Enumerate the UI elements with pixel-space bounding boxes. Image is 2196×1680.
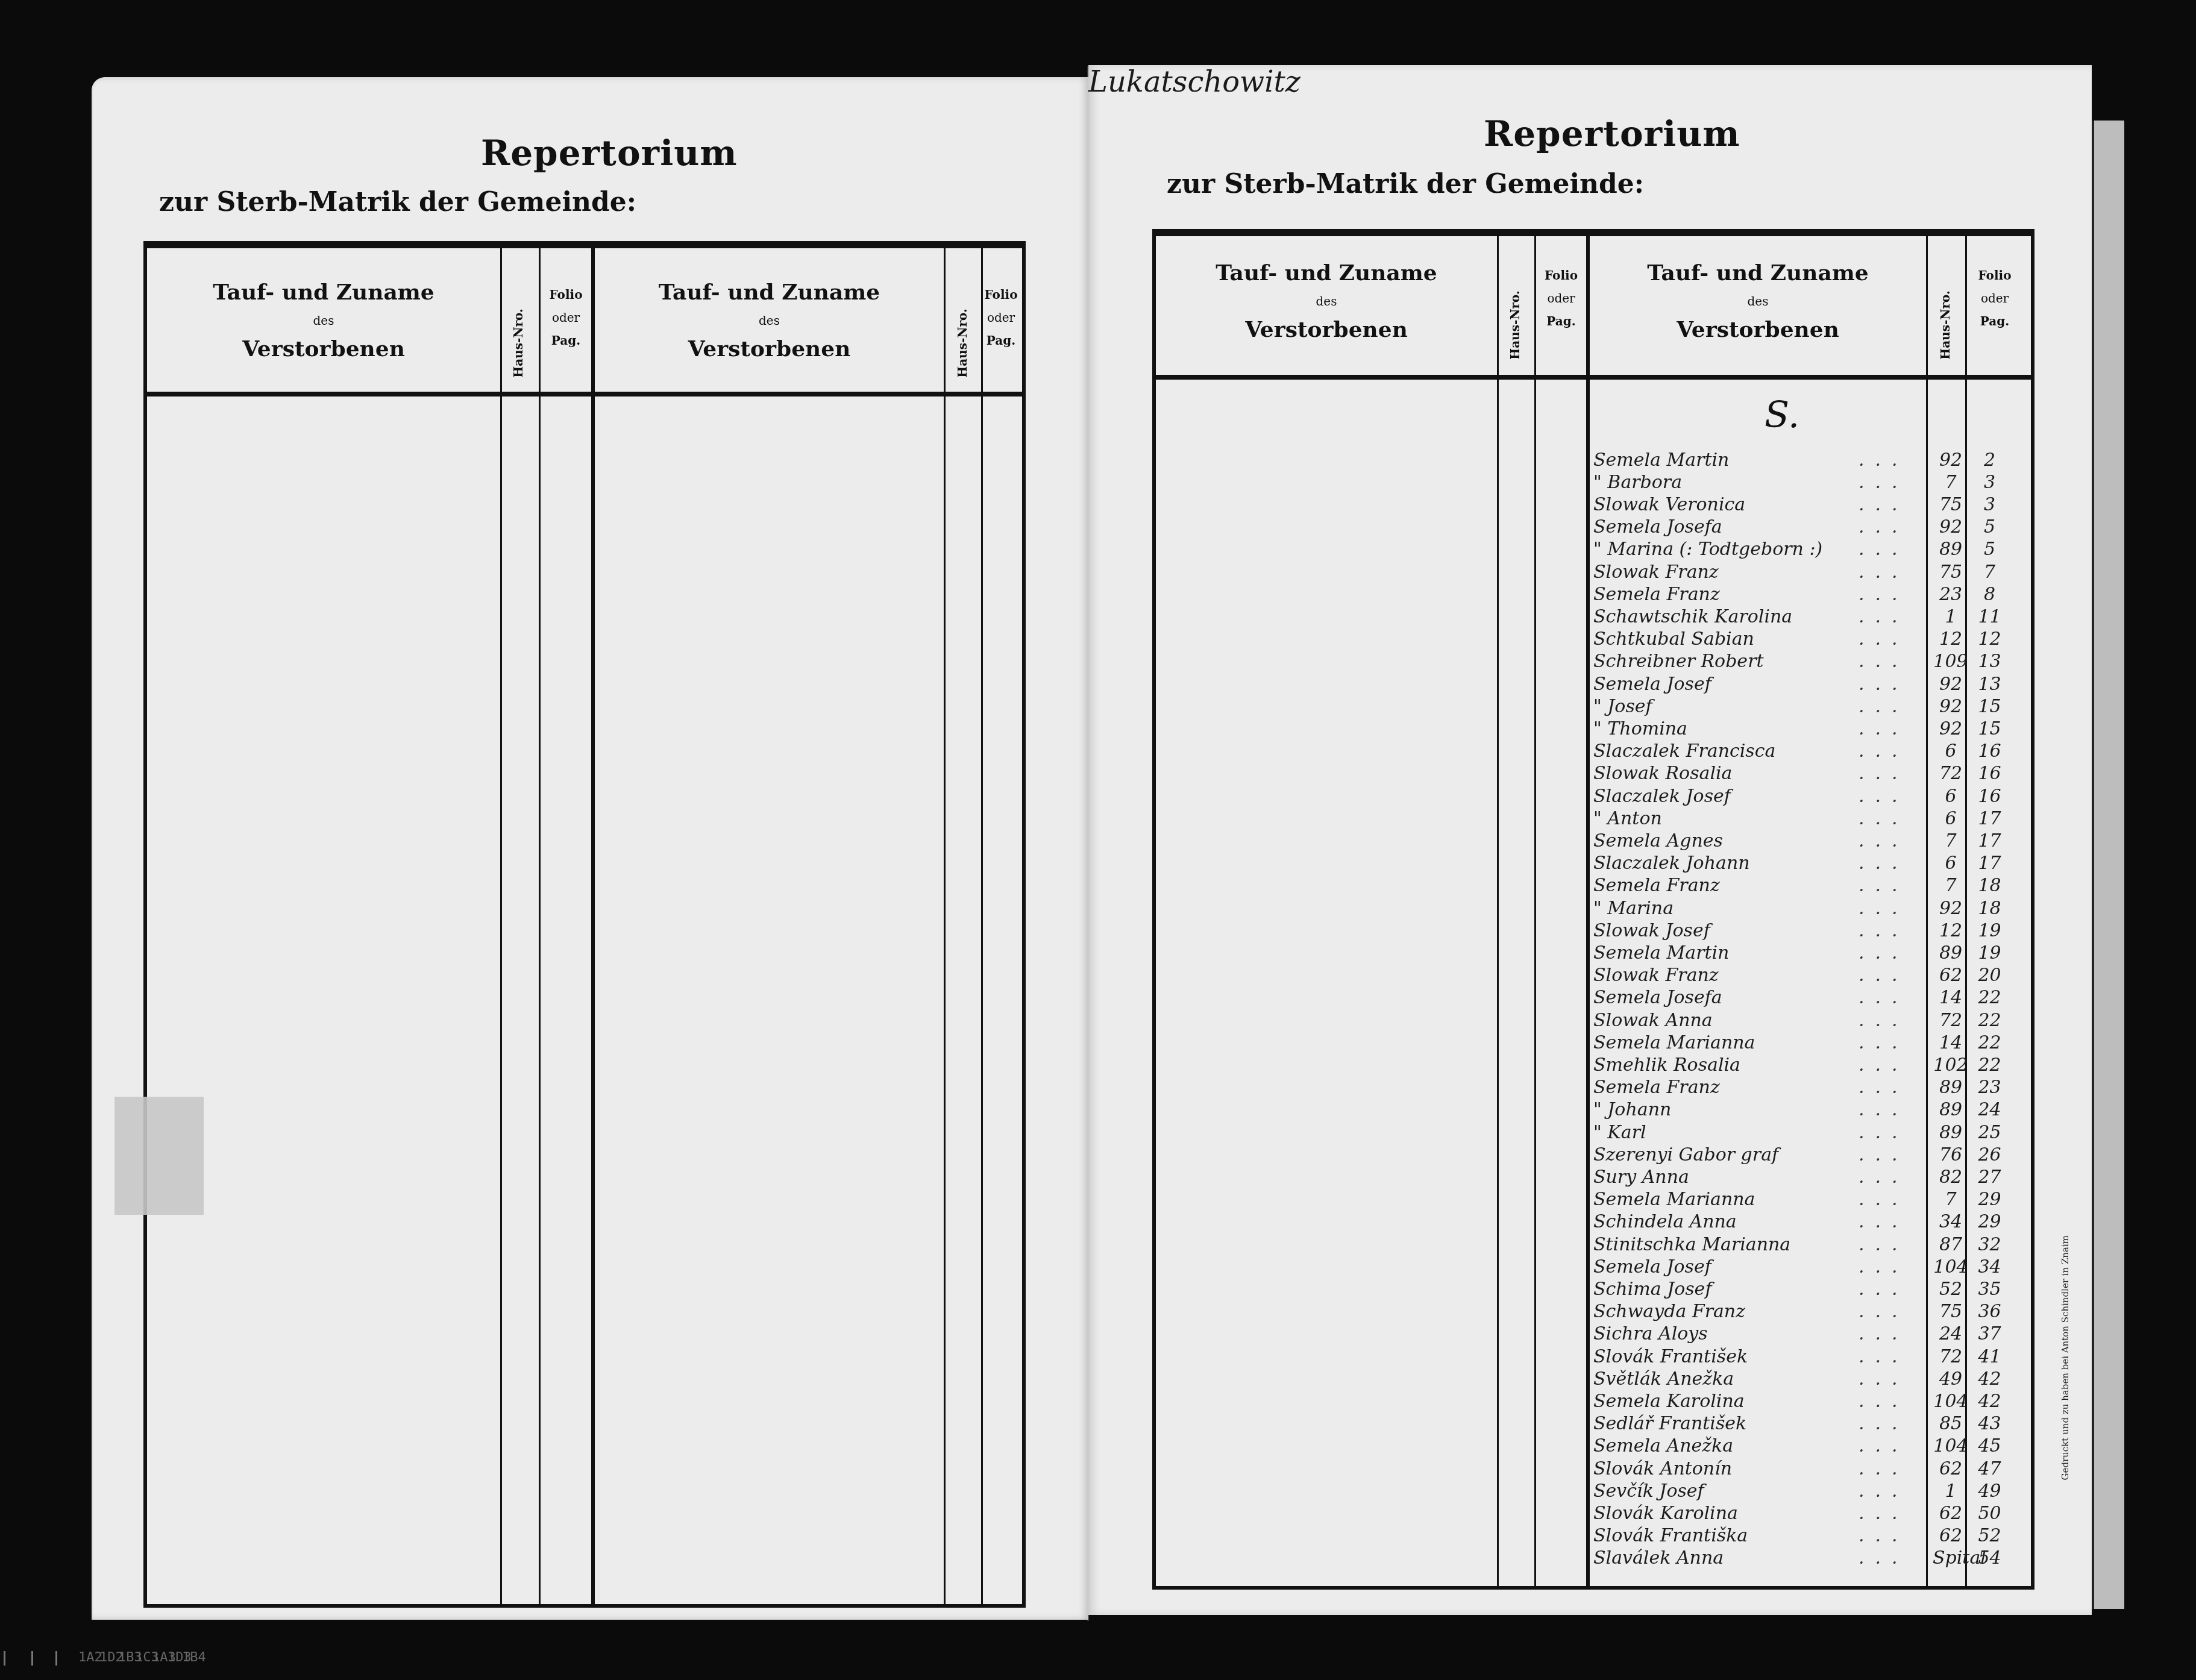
entry-name: Slowak Veronica [1593,494,1745,515]
entry-house-number: 89 [1933,942,1969,964]
leader-dots: ... [1859,1010,1909,1031]
entry-name: Semela Josefa [1593,987,1722,1008]
entry-name: Semela Anežka [1593,1435,1733,1456]
leader-dots: ... [1859,1122,1909,1143]
list-item: Slowak Anna...7222 [1593,1009,2015,1032]
entry-folio: 18 [1973,898,2006,919]
entry-folio: 29 [1973,1189,2006,1210]
list-item: Slovák Antonín...6247 [1593,1457,2015,1480]
list-item: Stinitschka Marianna...8732 [1593,1233,2015,1256]
entry-house-number: 92 [1933,718,1969,739]
ruler-label: 1A2 [78,1650,102,1665]
entry-house-number: 89 [1933,1099,1969,1120]
leader-dots: ... [1859,920,1909,941]
entry-folio: 50 [1973,1503,2006,1524]
list-item: " Johann...8924 [1593,1099,2015,1121]
entry-name: Schima Josef [1593,1279,1711,1300]
list-item: Semela Marianna...729 [1593,1188,2015,1211]
header-line: Verstorbenen [1156,317,1497,342]
entry-name: Semela Agnes [1593,830,1723,851]
entry-house-number: 92 [1933,450,1969,471]
entry-name: " Marina (: Todtgeborn :) [1593,539,1822,560]
folio-line: oder [983,306,1019,329]
entry-folio: 16 [1973,741,2006,762]
entry-house-number: 75 [1933,1301,1969,1322]
leader-dots: ... [1859,1481,1909,1502]
list-item: " Marina...9218 [1593,897,2015,920]
entry-folio: 29 [1973,1211,2006,1232]
name-column-header: Tauf- und Zuname des Verstorbenen [147,280,500,362]
entry-name: Semela Josef [1593,1256,1711,1277]
entry-name: " Anton [1593,808,1662,829]
entry-name: Semela Franz [1593,875,1720,896]
folio-line: Folio [1967,264,2022,287]
entry-name: Světlák Anežka [1593,1368,1734,1390]
leader-dots: ... [1859,1099,1909,1120]
entry-folio: 23 [1973,1077,2006,1098]
leader-dots: ... [1859,494,1909,515]
folio-line: oder [541,306,591,329]
list-item: Slaválek Anna...Spital54 [1593,1547,2015,1570]
left-page: Repertorium zur Sterb-Matrik der Gemeind… [92,77,1088,1620]
leader-dots: ... [1859,1279,1909,1300]
entry-name: Schtkubal Sabian [1593,628,1754,650]
leader-dots: ... [1859,696,1909,717]
entry-name: Sevčík Josef [1593,1481,1704,1502]
column-divider [591,248,595,1604]
entry-name: Schawtschik Karolina [1593,606,1792,627]
ruler-tick [4,1651,5,1666]
entry-folio: 12 [1973,628,2006,650]
entry-name: Stinitschka Marianna [1593,1234,1790,1255]
leader-dots: ... [1859,763,1909,784]
leader-dots: ... [1859,651,1909,672]
entry-name: Slaczalek Josef [1593,786,1731,807]
entry-folio: 54 [1973,1547,2006,1569]
entry-folio: 8 [1973,584,2006,605]
list-item: " Marina (: Todtgeborn :)...895 [1593,538,2015,561]
entry-name: Slowak Franz [1593,562,1719,583]
entry-house-number: 14 [1933,987,1969,1008]
list-item: Semela Franz...8923 [1593,1076,2015,1099]
entry-name: " Thomina [1593,718,1687,739]
house-number-header: Haus-Nro. [1508,290,1522,360]
list-item: Slaczalek Francisca...616 [1593,740,2015,763]
entry-house-number: 89 [1933,1077,1969,1098]
entry-house-number: 6 [1933,853,1969,874]
list-item: Sevčík Josef...149 [1593,1479,2015,1502]
entry-folio: 17 [1973,830,2006,851]
header-line: Tauf- und Zuname [147,280,500,305]
entry-house-number: 1 [1933,606,1969,627]
header-line: Tauf- und Zuname [1590,260,1926,286]
header-line: des [1156,294,1497,309]
entry-folio: 11 [1973,606,2006,627]
entry-house-number: 92 [1933,674,1969,695]
entry-folio: 27 [1973,1167,2006,1188]
entry-folio: 22 [1973,1055,2006,1076]
entry-folio: 18 [1973,875,2006,896]
leader-dots: ... [1859,1234,1909,1255]
entry-name: Slovák Karolina [1593,1503,1738,1524]
entry-house-number: 92 [1933,696,1969,717]
leader-dots: ... [1859,539,1909,560]
entry-name: Slowak Franz [1593,965,1719,986]
folio-line: Folio [983,283,1019,306]
ruler-tick [55,1651,57,1666]
leader-dots: ... [1859,1368,1909,1390]
list-item: Slovák Františka...6252 [1593,1525,2015,1547]
entry-name: Slaválek Anna [1593,1547,1724,1569]
leader-dots: ... [1859,606,1909,627]
leader-dots: ... [1859,1211,1909,1232]
list-item: " Josef...9215 [1593,695,2015,718]
entry-house-number: 6 [1933,808,1969,829]
entry-folio: 17 [1973,808,2006,829]
entry-name: " Johann [1593,1099,1671,1120]
header-line: Tauf- und Zuname [1156,260,1497,286]
entry-house-number: 12 [1933,920,1969,941]
community-name: Lukatschowitz [1088,65,2092,99]
entry-name: " Karl [1593,1122,1646,1143]
page-title: Repertorium [1484,113,1740,154]
list-item: " Karl...8925 [1593,1121,2015,1144]
entry-folio: 25 [1973,1122,2006,1143]
entry-name: Semela Josefa [1593,516,1722,538]
page-subtitle: zur Sterb-Matrik der Gemeinde: [159,187,636,218]
entry-name: Sichra Aloys [1593,1323,1708,1344]
leader-dots: ... [1859,965,1909,986]
ruler-label: 1B4 [182,1650,206,1665]
entry-house-number: 92 [1933,516,1969,538]
entry-name: Schwayda Franz [1593,1301,1745,1322]
list-item: Sury Anna...8227 [1593,1165,2015,1188]
list-item: Semela Karolina...10442 [1593,1390,2015,1412]
house-number-header: Haus-Nro. [955,309,970,378]
entry-name: Semela Karolina [1593,1391,1745,1412]
entry-name: Sury Anna [1593,1167,1689,1188]
entry-folio: 13 [1973,651,2006,672]
entry-folio: 16 [1973,763,2006,784]
entry-folio: 20 [1973,965,2006,986]
leader-dots: ... [1859,1435,1909,1456]
entry-house-number: 7 [1933,875,1969,896]
entry-folio: 26 [1973,1144,2006,1165]
entry-folio: 34 [1973,1256,2006,1277]
entry-name: Slaczalek Johann [1593,853,1750,874]
leader-dots: ... [1859,1391,1909,1412]
leader-dots: ... [1859,584,1909,605]
entry-house-number: 34 [1933,1211,1969,1232]
entry-house-number: 62 [1933,1458,1969,1479]
header-line: Verstorbenen [147,336,500,362]
entry-house-number: 75 [1933,562,1969,583]
leader-dots: ... [1859,1167,1909,1188]
list-item: " Anton...617 [1593,807,2015,830]
entry-name: " Josef [1593,696,1652,717]
list-item: Semela Martin...8919 [1593,941,2015,964]
list-item: Schwayda Franz...7536 [1593,1300,2015,1323]
leader-dots: ... [1859,1458,1909,1479]
leader-dots: ... [1859,1503,1909,1524]
folio-line: Pag. [1536,310,1586,333]
list-item: Semela Franz...238 [1593,583,2015,606]
list-item: Slovák Karolina...6250 [1593,1502,2015,1525]
repair-tape [115,1097,204,1215]
house-number-header: Haus-Nro. [1938,290,1953,360]
list-item: Slaczalek Johann...617 [1593,852,2015,875]
header-line: des [147,313,500,328]
leader-dots: ... [1859,1256,1909,1277]
entry-folio: 7 [1973,562,2006,583]
leader-dots: ... [1859,786,1909,807]
list-item: Slowak Josef...1219 [1593,919,2015,942]
leader-dots: ... [1859,987,1909,1008]
leader-dots: ... [1859,628,1909,650]
column-divider [944,248,946,1604]
entry-name: Slowak Anna [1593,1010,1713,1031]
entry-folio: 19 [1973,920,2006,941]
entry-folio: 49 [1973,1481,2006,1502]
entry-name: Semela Martin [1593,942,1729,964]
entry-house-number: 24 [1933,1323,1969,1344]
leader-dots: ... [1859,1055,1909,1076]
folio-line: Pag. [1967,310,2022,333]
leader-dots: ... [1859,1077,1909,1098]
leader-dots: ... [1859,450,1909,471]
entry-folio: 37 [1973,1323,2006,1344]
entry-house-number: 72 [1933,1010,1969,1031]
list-item: Slowak Veronica...753 [1593,493,2015,516]
entry-name: Slaczalek Francisca [1593,741,1775,762]
entry-folio: 15 [1973,696,2006,717]
leader-dots: ... [1859,1144,1909,1165]
leader-dots: ... [1859,1346,1909,1367]
column-divider [981,248,983,1604]
list-item: Semela Franz...718 [1593,874,2015,897]
list-item: Semela Marianna...1422 [1593,1031,2015,1054]
entry-house-number: 75 [1933,494,1969,515]
list-item: Semela Agnes...717 [1593,829,2015,852]
header-divider [147,392,1022,396]
entry-name: Slowak Rosalia [1593,763,1733,784]
leader-dots: ... [1859,562,1909,583]
entry-house-number: 82 [1933,1167,1969,1188]
entry-folio: 3 [1973,472,2006,493]
list-item: Smehlik Rosalia...10222 [1593,1053,2015,1076]
list-item: Slaczalek Josef...616 [1593,785,2015,807]
entry-name: Semela Marianna [1593,1032,1755,1053]
leader-dots: ... [1859,1547,1909,1569]
entry-name: " Marina [1593,898,1674,919]
leader-dots: ... [1859,718,1909,739]
entry-house-number: 12 [1933,628,1969,650]
leader-dots: ... [1859,1301,1909,1322]
leader-dots: ... [1859,830,1909,851]
entry-folio: 3 [1973,494,2006,515]
list-item: Schawtschik Karolina...111 [1593,605,2015,628]
entry-folio: 45 [1973,1435,2006,1456]
entry-house-number: 76 [1933,1144,1969,1165]
entry-name: Smehlik Rosalia [1593,1055,1740,1076]
column-divider [539,248,541,1604]
list-item: Světlák Anežka...4942 [1593,1367,2015,1390]
entry-house-number: 92 [1933,898,1969,919]
leader-dots: ... [1859,898,1909,919]
entry-folio: 32 [1973,1234,2006,1255]
header-line: des [595,313,944,328]
leader-dots: ... [1859,741,1909,762]
entry-folio: 13 [1973,674,2006,695]
list-item: " Thomina...9215 [1593,717,2015,740]
entry-name: Semela Josef [1593,674,1711,695]
right-page: Repertorium zur Sterb-Matrik der Gemeind… [1088,65,2092,1615]
printer-imprint: Gedruckt und zu haben bei Anton Schindle… [2060,1235,2071,1480]
entry-folio: 35 [1973,1279,2006,1300]
entry-folio: 42 [1973,1391,2006,1412]
page-edge [2092,121,2124,1609]
header-line: des [1590,294,1926,309]
entry-folio: 22 [1973,987,2006,1008]
name-column-header: Tauf- und Zuname des Verstorbenen [1156,260,1497,342]
list-item: Sichra Aloys...2437 [1593,1323,2015,1346]
entry-house-number: 6 [1933,786,1969,807]
entry-house-number: 109 [1933,651,1969,672]
entry-folio: 47 [1973,1458,2006,1479]
entry-house-number: 104 [1933,1391,1969,1412]
column-divider [1586,236,1590,1586]
list-item: Slowak Franz...6220 [1593,964,2015,987]
entry-folio: 43 [1973,1413,2006,1434]
list-item: Szerenyi Gabor graf...7626 [1593,1143,2015,1166]
list-item: Schindela Anna...3429 [1593,1211,2015,1233]
entry-folio: 52 [1973,1525,2006,1546]
entry-house-number: 89 [1933,1122,1969,1143]
list-item: Slowak Franz...757 [1593,560,2015,583]
entry-name: " Barbora [1593,472,1682,493]
entry-name: Sedlář František [1593,1413,1746,1434]
entry-folio: 22 [1973,1010,2006,1031]
leader-dots: ... [1859,1525,1909,1546]
folio-line: Pag. [541,329,591,352]
entry-folio: 5 [1973,539,2006,560]
list-item: " Barbora...73 [1593,471,2015,494]
folio-header: Folio oder Pag. [1536,264,1586,333]
entry-house-number: 23 [1933,584,1969,605]
list-item: Semela Josef...9213 [1593,672,2015,695]
folio-line: oder [1967,287,2022,310]
leader-dots: ... [1859,1323,1909,1344]
entry-name: Slovák Antonín [1593,1458,1732,1479]
list-item: Schima Josef...5235 [1593,1277,2015,1300]
entry-house-number: 89 [1933,539,1969,560]
folio-line: Folio [1536,264,1586,287]
header-line: Verstorbenen [595,336,944,362]
ruler-tick [31,1651,33,1666]
folio-header: Folio oder Pag. [541,283,591,352]
entry-folio: 15 [1973,718,2006,739]
list-item: Semela Josefa...925 [1593,516,2015,539]
leader-dots: ... [1859,472,1909,493]
entry-house-number: 72 [1933,1346,1969,1367]
leader-dots: ... [1859,808,1909,829]
column-divider [500,248,502,1604]
list-item: Semela Josef...10434 [1593,1255,2015,1278]
entry-folio: 5 [1973,516,2006,538]
header-divider [1156,375,2031,380]
entry-name: Semela Franz [1593,584,1720,605]
list-item: Slovák František...7241 [1593,1345,2015,1368]
folio-header: Folio oder Pag. [1967,264,2022,333]
entry-name: Semela Marianna [1593,1189,1755,1210]
entry-name: Slovák František [1593,1346,1748,1367]
register-table: Tauf- und Zuname des Verstorbenen Haus-N… [143,241,1026,1608]
entry-house-number: 102 [1933,1055,1969,1076]
list-item: Sedlář František...8543 [1593,1412,2015,1435]
entry-house-number: 6 [1933,741,1969,762]
entry-house-number: 87 [1933,1234,1969,1255]
entry-house-number: Spital [1933,1547,1969,1569]
leader-dots: ... [1859,674,1909,695]
list-item: Semela Anežka...10445 [1593,1435,2015,1458]
entry-house-number: 7 [1933,472,1969,493]
entry-name: Schreibner Robert [1593,651,1764,672]
entry-house-number: 72 [1933,763,1969,784]
entry-folio: 22 [1973,1032,2006,1053]
entry-name: Semela Franz [1593,1077,1720,1098]
entry-folio: 2 [1973,450,2006,471]
list-item: Semela Martin...922 [1593,448,2015,471]
leader-dots: ... [1859,1032,1909,1053]
folio-line: Folio [541,283,591,306]
scan-ruler: 1A2 1D2 1B3 1C3 1A3 1D3 1B4 [0,1627,1085,1680]
entry-name: Szerenyi Gabor graf [1593,1144,1778,1165]
entry-folio: 19 [1973,942,2006,964]
section-letter: S. [1765,394,1799,436]
entry-house-number: 62 [1933,1525,1969,1546]
leader-dots: ... [1859,853,1909,874]
header-line: Verstorbenen [1590,317,1926,342]
leader-dots: ... [1859,516,1909,538]
entry-folio: 24 [1973,1099,2006,1120]
folio-line: oder [1536,287,1586,310]
list-item: Schtkubal Sabian...1212 [1593,628,2015,651]
entry-house-number: 104 [1933,1435,1969,1456]
entry-name: Slovák Františka [1593,1525,1748,1546]
page-subtitle: zur Sterb-Matrik der Gemeinde: [1167,169,1644,199]
entry-house-number: 62 [1933,965,1969,986]
leader-dots: ... [1859,875,1909,896]
entry-house-number: 52 [1933,1279,1969,1300]
house-number-header: Haus-Nro. [511,309,525,378]
register-table: Tauf- und Zuname des Verstorbenen Haus-N… [1152,229,2034,1590]
entry-folio: 36 [1973,1301,2006,1322]
entry-house-number: 7 [1933,830,1969,851]
entry-folio: 16 [1973,786,2006,807]
entry-house-number: 14 [1933,1032,1969,1053]
entry-house-number: 1 [1933,1481,1969,1502]
column-divider [1534,236,1536,1586]
entry-folio: 17 [1973,853,2006,874]
folio-line: Pag. [983,329,1019,352]
leader-dots: ... [1859,1189,1909,1210]
name-column-header: Tauf- und Zuname des Verstorbenen [595,280,944,362]
entry-house-number: 62 [1933,1503,1969,1524]
list-item: Slowak Rosalia...7216 [1593,762,2015,785]
column-divider [1497,236,1499,1586]
entry-house-number: 104 [1933,1256,1969,1277]
folio-header: Folio oder Pag. [983,283,1019,352]
